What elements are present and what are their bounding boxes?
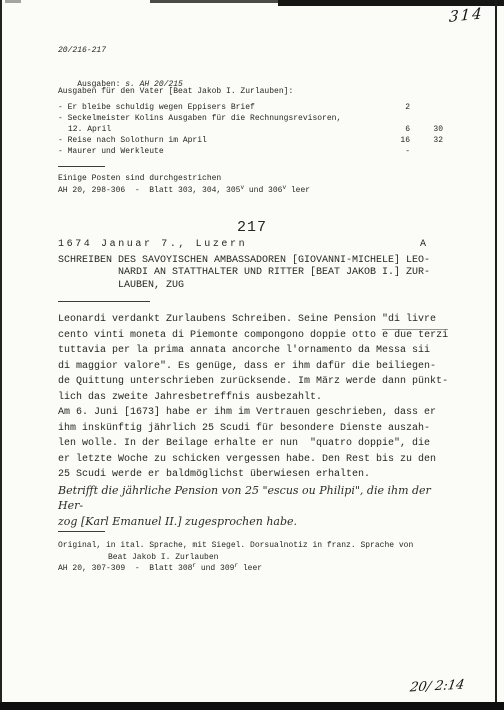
expense-label: - Reise nach Solothurn im April — [58, 136, 380, 147]
expense-label: - Er bleibe schuldig wegen Eppisers Brie… — [58, 103, 380, 114]
summary-line: er letzte Woche zu schicken vergessen ha… — [58, 452, 458, 468]
summary-line: 25 Scudi werde er baldmöglichst überwies… — [58, 467, 458, 483]
regest-script-line: zog [Karl Emanuel II.] zugesprochen habe… — [58, 514, 458, 530]
archive-shelfmark-line: AH 20, 307-309 - Blatt 308r und 309r lee… — [58, 563, 413, 575]
expense-row: - Maurer und Werkleute - — [58, 147, 443, 158]
expense-row: - Er bleibe schuldig wegen Eppisers Brie… — [58, 103, 443, 114]
handwritten-folio-number: 314 — [448, 4, 484, 26]
shelfmark-text: AH 20, 307-309 - Blatt 308 — [58, 564, 192, 573]
expense-amount-col1 — [380, 114, 410, 125]
folio-superscript: r — [234, 562, 238, 569]
folio-superscript: v — [282, 184, 286, 191]
folio-superscript: r — [192, 562, 196, 569]
expense-amount-col2: 30 — [410, 125, 443, 136]
entry-title-line3: LAUBEN, ZUG — [58, 280, 430, 292]
pencil-overlined-text: e due terzi — [382, 329, 448, 341]
original-description-line: Original, in ital. Sprache, mit Siegel. … — [58, 540, 413, 552]
typed-separator-rule — [58, 531, 105, 532]
expenses-heading: Ausgaben für den Vater [Beat Jakob I. Zu… — [58, 87, 293, 96]
shelfmark-text: und 306 — [244, 186, 282, 195]
summary-line: len wolle. In der Beilage erhalte er nun… — [58, 436, 458, 452]
shelfmark-text: leer — [238, 564, 262, 573]
entry-title: SCHREIBEN DES SAVOYISCHEN AMBASSADOREN [… — [58, 255, 430, 292]
summary-line: de Quittung unterschrieben zurücksende. … — [58, 374, 458, 390]
scanned-register-page: 314 20/216-217 Ausgaben: s. AH 20/215 Au… — [0, 0, 504, 710]
expense-amount-col2: 32 — [410, 136, 443, 147]
typed-separator-rule — [58, 166, 105, 167]
summary-text: cento vinti moneta di Piemonte compongon… — [58, 330, 382, 341]
expense-amount-col2 — [410, 103, 443, 114]
archive-ref-heading: 20/216-217 — [58, 46, 106, 55]
summary-line: cento vinti moneta di Piemonte compongon… — [58, 328, 458, 344]
shelfmark-text: und 309 — [196, 564, 234, 573]
typed-separator-rule — [58, 301, 150, 302]
expense-amount-col2 — [410, 147, 443, 158]
expense-amount-col1: 6 — [380, 125, 410, 136]
expense-list: - Er bleibe schuldig wegen Eppisers Brie… — [58, 103, 443, 158]
expense-row: 12. April 6 30 — [58, 125, 443, 136]
summary-line: Leonardi verdankt Zurlaubens Schreiben. … — [58, 312, 458, 328]
regest-script-line: Betrifft die jährliche Pension von 25 "e… — [58, 483, 458, 514]
entry-title-line2: NARDI AN STATTHALTER UND RITTER [BEAT JA… — [58, 267, 430, 279]
expense-amount-col1: 2 — [380, 103, 410, 114]
summary-line: di maggior valore". Es genüge, dass er i… — [58, 359, 458, 375]
expense-amount-col2 — [410, 114, 443, 125]
entry-date-place: 1674 Januar 7., Luzern — [58, 239, 247, 250]
summary-line: ihm inskünftig jährlich 25 Scudi für bes… — [58, 421, 458, 437]
entry216-footnotes: Einige Posten sind durchgestrichen AH 20… — [58, 173, 310, 196]
entry-summary-text: Leonardi verdankt Zurlaubens Schreiben. … — [58, 312, 458, 529]
scan-edge-left-line — [0, 0, 2, 710]
expense-amount-col1: 16 — [380, 136, 410, 147]
summary-line: Am 6. Juni [1673] habe er ihm im Vertrau… — [58, 405, 458, 421]
shelfmark-text: AH 20, 298-306 - Blatt 303, 304, 305 — [58, 186, 240, 195]
entry217-footnotes: Original, in ital. Sprache, mit Siegel. … — [58, 540, 413, 575]
scan-edge-bar-bottom — [0, 702, 504, 710]
expense-amount-col1: - — [380, 147, 410, 158]
expense-label: - Seckelmeister Kolins Ausgaben für die … — [58, 114, 380, 125]
handwritten-shelfmark: 20/ 2:14 — [409, 678, 466, 696]
document-series-letter: A — [420, 239, 426, 250]
entry-title-line1: SCHREIBEN DES SAVOYISCHEN AMBASSADOREN [… — [58, 255, 430, 267]
archive-shelfmark-line: AH 20, 298-306 - Blatt 303, 304, 305v un… — [58, 185, 310, 197]
expense-label: 12. April — [58, 125, 380, 136]
summary-line: lich das zweite Jahresbetreffnis ausbeza… — [58, 390, 458, 406]
entry-number-heading: 217 — [0, 219, 504, 236]
folio-superscript: v — [240, 184, 244, 191]
summary-line: tuttavia per la prima annata ancorche l'… — [58, 343, 458, 359]
expense-label: - Maurer und Werkleute — [58, 147, 380, 158]
scan-edge-right-line — [495, 0, 497, 703]
scan-speck-top-left — [5, 0, 21, 3]
crossed-out-note: Einige Posten sind durchgestrichen — [58, 173, 310, 185]
expense-row: - Seckelmeister Kolins Ausgaben für die … — [58, 114, 443, 125]
expense-row: - Reise nach Solothurn im April 16 32 — [58, 136, 443, 147]
shelfmark-text: leer — [286, 186, 310, 195]
